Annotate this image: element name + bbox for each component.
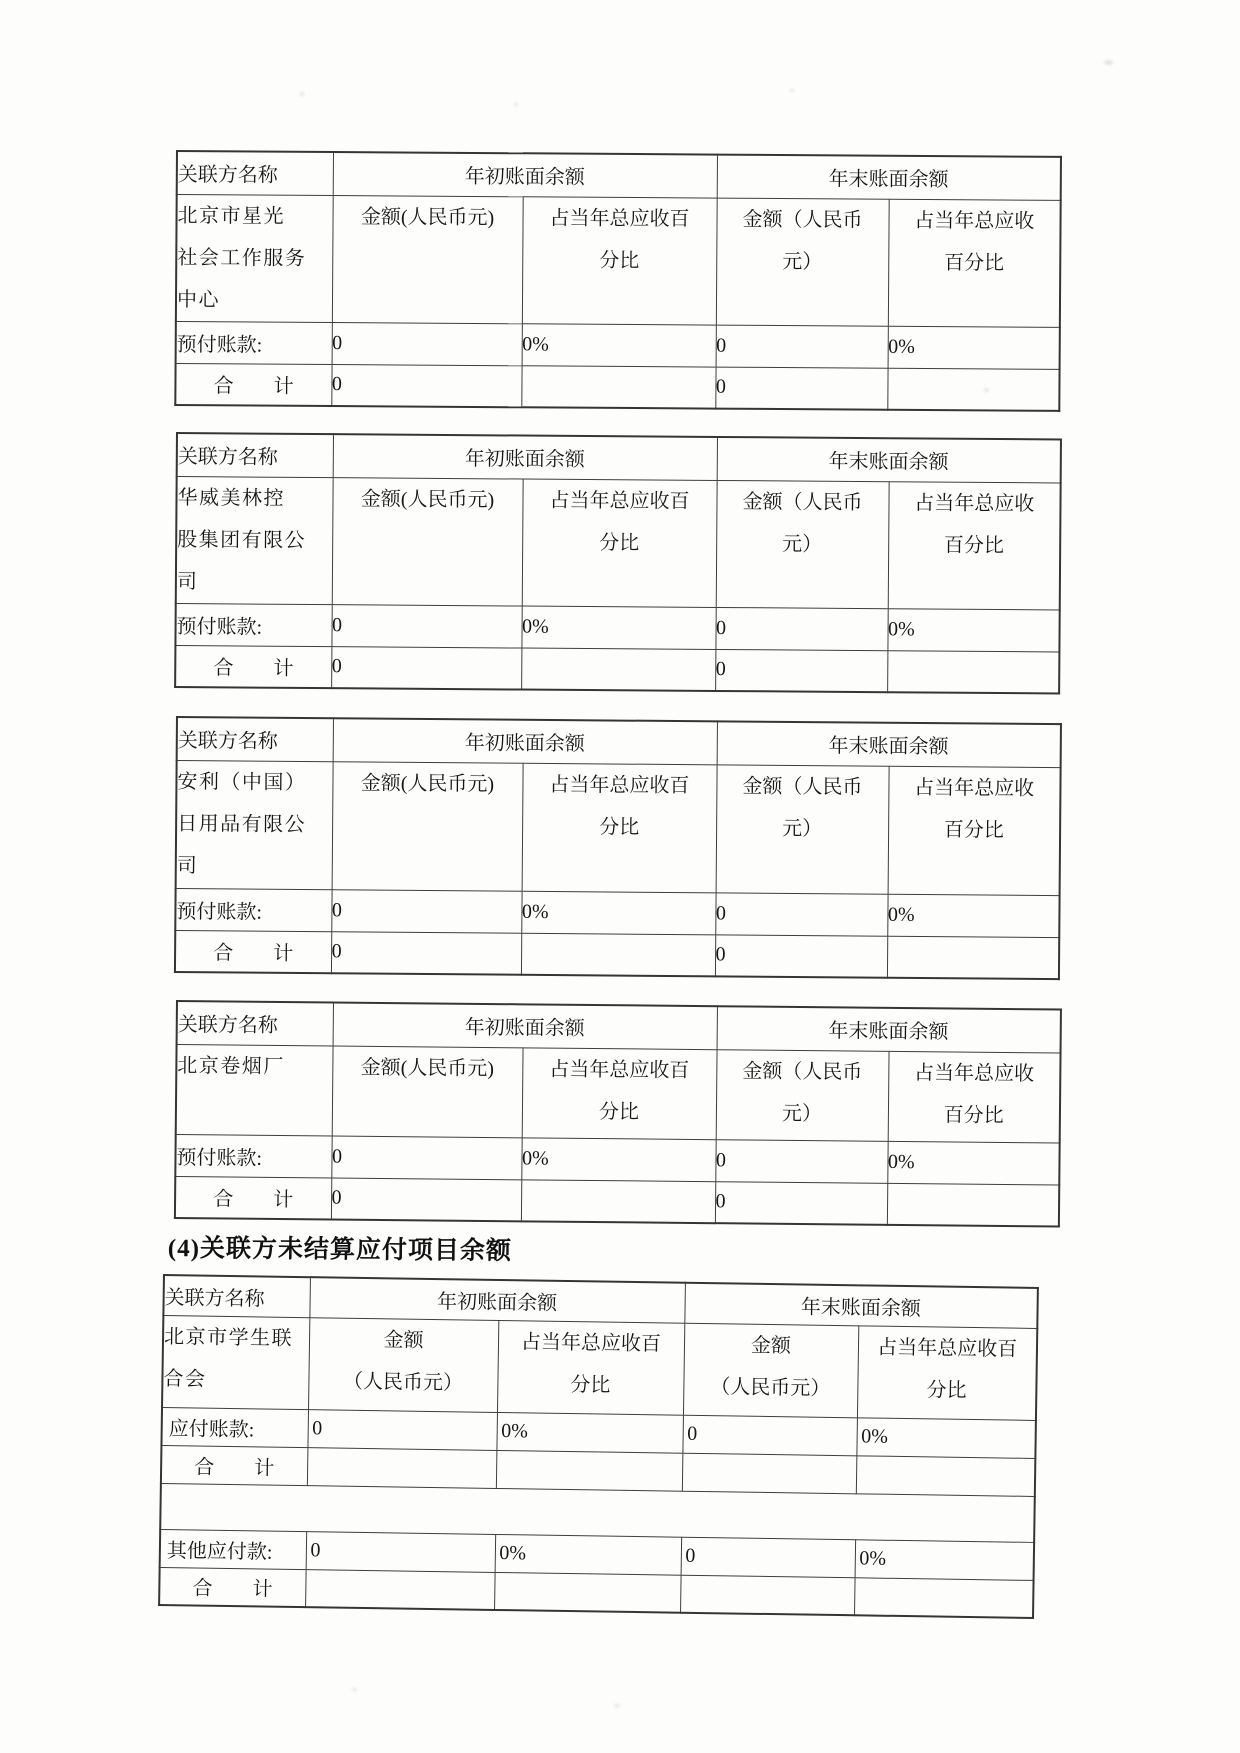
total-row: 合 计 0 0: [175, 930, 1059, 979]
amount-begin-value: 0: [331, 1136, 521, 1180]
amount-begin-value: 0: [331, 889, 521, 933]
amount-end-total: [682, 1453, 857, 1494]
pct-begin-value: 0%: [495, 1534, 682, 1575]
party-name: 北京市星光 社会工作服务 中心: [176, 194, 333, 322]
begin-balance-header: 年初账面余额: [333, 152, 717, 198]
subheader-row: 安利（中国） 日用品有限公 司 金额(人民币元) 占当年总应收百 分比 金额（人…: [176, 760, 1061, 895]
scan-speckle: [514, 103, 518, 106]
col-header-pct-begin: 占当年总应收百 分比: [522, 1047, 717, 1139]
total-label: 合 计: [159, 1567, 306, 1607]
amount-begin-total: 0: [331, 646, 521, 689]
pct-end-total: [856, 1455, 1036, 1496]
amount-begin-total: [307, 1447, 497, 1488]
table-header-row: 关联方名称 年初账面余额 年末账面余额: [177, 717, 1061, 767]
amount-end-value: 0: [715, 892, 887, 935]
scan-speckle: [790, 89, 794, 92]
amount-end-value: 0: [715, 1139, 887, 1183]
total-row: 合 计 0 0: [175, 1176, 1059, 1226]
col-header-amount-begin: 金额(人民币元): [332, 477, 523, 605]
table-row: 预付账款: 0 0% 0 0%: [176, 321, 1060, 369]
pct-end-value: 0%: [887, 608, 1059, 651]
col-header-amount-end: 金额（人民币 元）: [716, 764, 889, 893]
col-header-pct-begin: 占当年总应收百 分比: [522, 763, 717, 893]
pct-end-value: 0%: [888, 326, 1060, 369]
amount-begin-total: 0: [331, 364, 521, 407]
pct-end-total: [887, 368, 1059, 411]
begin-balance-header: 年初账面余额: [333, 434, 717, 480]
pct-end-value: 0%: [887, 1141, 1059, 1185]
pct-end-total: [887, 650, 1059, 693]
col-header-amount-begin: 金额(人民币元): [332, 1046, 523, 1138]
table-row: 预付账款: 0 0% 0 0%: [175, 888, 1059, 937]
pct-end-value: 0%: [887, 894, 1059, 937]
row-label: 预付账款:: [176, 321, 332, 364]
col-header-amount-begin: 金额(人民币元): [332, 195, 523, 323]
table-row: 预付账款: 0 0% 0 0%: [175, 603, 1059, 651]
related-party-table-beijing-cigarette: 关联方名称 年初账面余额 年末账面余额 北京卷烟厂 金额(人民币元) 占当年总应…: [174, 1000, 1062, 1227]
party-name-header: 关联方名称: [163, 1275, 310, 1317]
col-header-pct-end: 占当年总应收 百分比: [888, 481, 1061, 609]
amount-end-total: [680, 1575, 855, 1616]
amount-end-value: 0: [716, 325, 888, 368]
col-header-amount-end: 金额（人民币 元）: [716, 198, 889, 326]
party-name: 北京卷烟厂: [176, 1044, 333, 1135]
pct-end-total: [854, 1577, 1034, 1618]
col-header-pct-begin: 占当年总应收百 分比: [497, 1320, 684, 1415]
party-name-header: 关联方名称: [177, 717, 333, 761]
related-party-table-amway-china: 关联方名称 年初账面余额 年末账面余额 安利（中国） 日用品有限公 司 金额(人…: [174, 716, 1062, 980]
pct-begin-total: [521, 1179, 715, 1223]
pct-begin-value: 0%: [521, 1137, 715, 1181]
amount-end-total: 0: [715, 934, 887, 977]
scan-speckle: [614, 1704, 620, 1707]
col-header-pct-end: 占当年总应收 百分比: [888, 1051, 1061, 1143]
col-header-amount-end: 金额（人民币 元）: [716, 1049, 889, 1141]
scan-speckle: [352, 1688, 357, 1691]
pct-begin-value: 0%: [521, 891, 715, 935]
end-balance-header: 年末账面余额: [684, 1283, 1038, 1328]
col-header-amount-end: 金额 （人民币元）: [683, 1323, 858, 1418]
pct-begin-total: [521, 365, 715, 408]
end-balance-header: 年末账面余额: [717, 1006, 1061, 1052]
row-label: 预付账款:: [175, 888, 331, 931]
amount-end-value: 0: [682, 1415, 857, 1456]
related-party-table-student-federation: 关联方名称 年初账面余额 年末账面余额 北京市学生联 合会 金额 （人民币元） …: [158, 1274, 1039, 1619]
party-name-header: 关联方名称: [177, 433, 333, 477]
pct-end-total: [887, 936, 1059, 979]
subheader-row: 北京市学生联 合会 金额 （人民币元） 占当年总应收百 分比 金额 （人民币元）…: [162, 1315, 1037, 1420]
amount-begin-total: 0: [331, 931, 521, 975]
amount-begin-total: [305, 1569, 495, 1610]
amount-end-total: 0: [715, 367, 887, 410]
amount-end-total: 0: [715, 1181, 887, 1225]
pct-begin-value: 0%: [522, 323, 716, 366]
begin-balance-header: 年初账面余额: [309, 1277, 685, 1323]
begin-balance-header: 年初账面余额: [333, 718, 717, 764]
party-name: 华威美林控 股集团有限公 司: [176, 476, 333, 604]
scanned-document-page: 关联方名称 年初账面余额 年末账面余额 北京市星光 社会工作服务 中心 金额(人…: [0, 0, 1240, 1753]
pct-begin-total: [521, 933, 715, 977]
row-label: 其他应付款:: [160, 1529, 307, 1569]
total-label: 合 计: [161, 1445, 308, 1485]
pct-end-value: 0%: [855, 1539, 1035, 1580]
amount-begin-value: 0: [306, 1531, 496, 1572]
amount-begin-value: 0: [332, 322, 522, 365]
total-row: 合 计 0 0: [175, 645, 1059, 693]
section-4-heading: (4)关联方未结算应付项目余额: [168, 1228, 512, 1267]
party-name: 北京市学生联 合会: [162, 1315, 309, 1409]
pct-end-value: 0%: [856, 1417, 1036, 1458]
table-header-row: 关联方名称 年初账面余额 年末账面余额: [177, 433, 1061, 482]
scan-speckle: [300, 92, 304, 96]
party-name-header: 关联方名称: [177, 1001, 333, 1045]
total-label: 合 计: [175, 1176, 331, 1219]
pct-begin-total: [496, 1450, 683, 1491]
pct-end-total: [887, 1183, 1059, 1227]
related-party-table-xingguang: 关联方名称 年初账面余额 年末账面余额 北京市星光 社会工作服务 中心 金额(人…: [174, 150, 1062, 412]
amount-begin-value: 0: [307, 1409, 497, 1450]
col-header-pct-end: 占当年总应收百 分比: [857, 1325, 1037, 1420]
related-party-table-huawei-meilin: 关联方名称 年初账面余额 年末账面余额 华威美林控 股集团有限公 司 金额(人民…: [174, 432, 1062, 694]
total-row: 合 计 0 0: [175, 363, 1059, 411]
amount-begin-value: 0: [331, 604, 521, 647]
end-balance-header: 年末账面余额: [717, 155, 1061, 200]
table-header-row: 关联方名称 年初账面余额 年末账面余额: [177, 151, 1061, 200]
pct-begin-total: [494, 1572, 681, 1613]
total-label: 合 计: [175, 363, 331, 406]
subheader-row: 华威美林控 股集团有限公 司 金额(人民币元) 占当年总应收百 分比 金额（人民…: [176, 476, 1061, 609]
scan-speckle: [1104, 60, 1113, 65]
pct-begin-value: 0%: [521, 606, 715, 649]
end-balance-header: 年末账面余额: [717, 437, 1061, 483]
amount-end-value: 0: [715, 607, 887, 650]
end-balance-header: 年末账面余额: [717, 721, 1061, 767]
subheader-row: 北京市星光 社会工作服务 中心 金额(人民币元) 占当年总应收百 分比 金额（人…: [176, 194, 1061, 327]
row-label: 应付账款:: [161, 1407, 308, 1447]
party-name-header: 关联方名称: [177, 151, 333, 195]
amount-begin-total: 0: [331, 1177, 521, 1221]
amount-end-total: 0: [715, 649, 887, 692]
col-header-pct-begin: 占当年总应收百 分比: [522, 479, 717, 607]
col-header-pct-begin: 占当年总应收百 分比: [522, 196, 717, 324]
party-name: 安利（中国） 日用品有限公 司: [176, 760, 333, 889]
row-label: 预付账款:: [175, 603, 331, 646]
pct-begin-value: 0%: [496, 1412, 683, 1453]
col-header-pct-end: 占当年总应收 百分比: [888, 199, 1061, 327]
amount-end-value: 0: [681, 1537, 856, 1578]
col-header-amount-begin: 金额 （人民币元）: [308, 1317, 498, 1412]
col-header-amount-begin: 金额(人民币元): [332, 761, 523, 891]
begin-balance-header: 年初账面余额: [333, 1003, 717, 1050]
pct-begin-total: [521, 648, 715, 691]
subheader-row: 北京卷烟厂 金额(人民币元) 占当年总应收百 分比 金额（人民币 元） 占当年总…: [176, 1044, 1061, 1142]
row-label: 预付账款:: [175, 1134, 331, 1177]
col-header-amount-end: 金额（人民币 元）: [716, 480, 889, 608]
col-header-pct-end: 占当年总应收 百分比: [888, 766, 1061, 895]
total-label: 合 计: [175, 930, 331, 973]
total-label: 合 计: [175, 645, 331, 688]
